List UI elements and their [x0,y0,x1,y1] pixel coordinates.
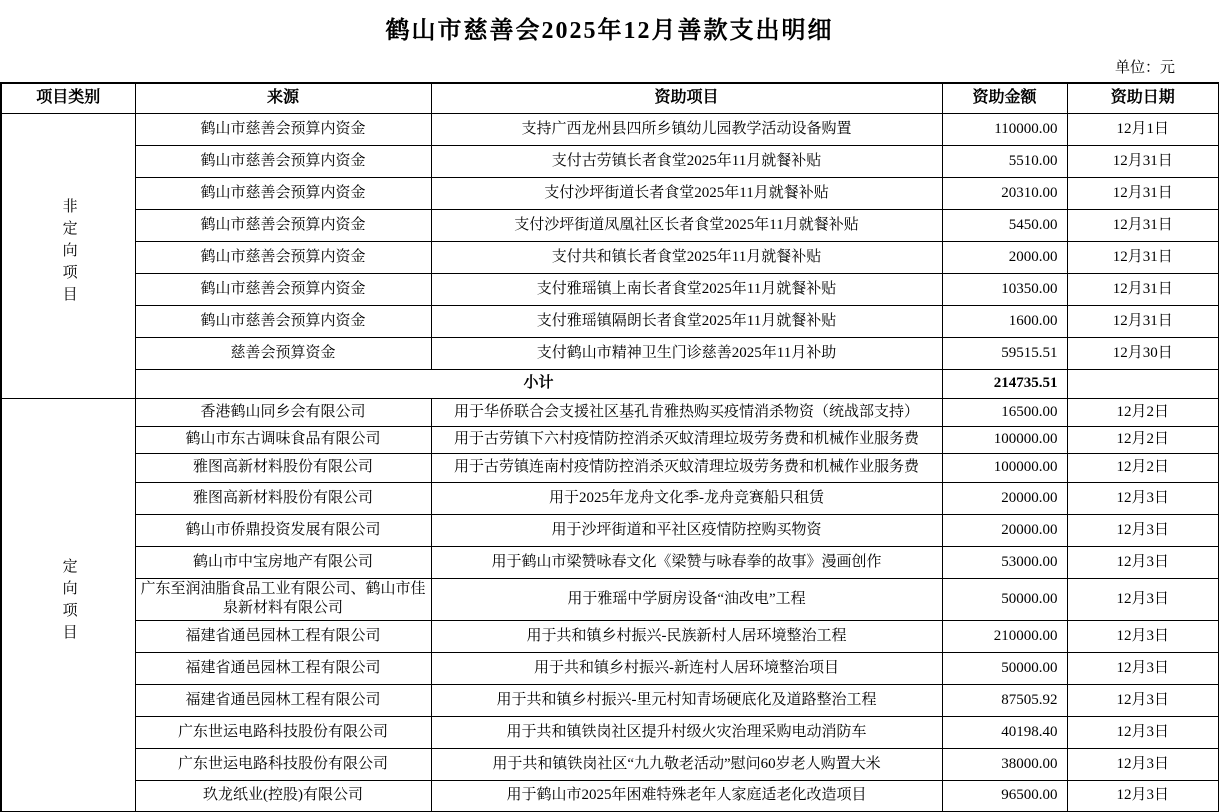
project-cell: 用于鹤山市2025年困难特殊老年人家庭适老化改造项目 [431,780,942,812]
project-cell: 用于共和镇乡村振兴-民族新村人居环境整治工程 [431,620,942,652]
table-row: 广东世运电路科技股份有限公司 用于共和镇铁岗社区“九九敬老活动”慰问60岁老人购… [1,748,1219,780]
date-cell: 12月3日 [1067,780,1219,812]
amount-cell: 5510.00 [942,145,1067,177]
amount-cell: 20000.00 [942,482,1067,514]
source-cell: 鹤山市慈善会预算内资金 [135,145,431,177]
page-title: 鹤山市慈善会2025年12月善款支出明细 [0,10,1219,45]
table-row: 鹤山市慈善会预算内资金 支付古劳镇长者食堂2025年11月就餐补贴 5510.0… [1,145,1219,177]
amount-cell: 87505.92 [942,684,1067,716]
date-cell: 12月3日 [1067,748,1219,780]
amount-cell: 2000.00 [942,241,1067,273]
header-project: 资助项目 [431,83,942,113]
amount-cell: 53000.00 [942,546,1067,578]
date-cell: 12月3日 [1067,482,1219,514]
table-row: 鹤山市东古调味食品有限公司 用于古劳镇下六村疫情防控消杀灭蚊清理垃圾劳务费和机械… [1,426,1219,453]
document-page: 鹤山市慈善会2025年12月善款支出明细 单位：元 项目类别 来源 资助项目 资… [0,0,1219,812]
table-row: 雅图高新材料股份有限公司 用于2025年龙舟文化季-龙舟竞赛船只租赁 20000… [1,482,1219,514]
source-cell: 福建省通邑园林工程有限公司 [135,684,431,716]
amount-cell: 40198.40 [942,716,1067,748]
unit-label: 单位：元 [1115,56,1175,77]
table-row: 福建省通邑园林工程有限公司 用于共和镇乡村振兴-民族新村人居环境整治工程 210… [1,620,1219,652]
table-row: 定向项目 香港鹤山同乡会有限公司 用于华侨联合会支援社区基孔肯雅热购买疫情消杀物… [1,398,1219,426]
date-cell: 12月31日 [1067,145,1219,177]
expenditure-table: 项目类别 来源 资助项目 资助金额 资助日期 非定向项目 鹤山市慈善会预算内资金… [0,82,1219,812]
table-row: 广东至润油脂食品工业有限公司、鹤山市佳泉新材料有限公司 用于雅瑶中学厨房设备“油… [1,578,1219,620]
header-row: 项目类别 来源 资助项目 资助金额 资助日期 [1,83,1219,113]
source-cell: 雅图高新材料股份有限公司 [135,482,431,514]
source-cell: 广东至润油脂食品工业有限公司、鹤山市佳泉新材料有限公司 [135,578,431,620]
amount-cell: 100000.00 [942,453,1067,482]
source-cell: 鹤山市侨鼎投资发展有限公司 [135,514,431,546]
project-cell: 用于雅瑶中学厨房设备“油改电”工程 [431,578,942,620]
amount-cell: 59515.51 [942,337,1067,369]
amount-cell: 100000.00 [942,426,1067,453]
subtotal-label-cell: 小计 [135,369,942,398]
project-cell: 支持广西龙州县四所乡镇幼儿园教学活动设备购置 [431,113,942,145]
date-cell: 12月30日 [1067,337,1219,369]
amount-cell: 96500.00 [942,780,1067,812]
table-row: 鹤山市中宝房地产有限公司 用于鹤山市梁赞咏春文化《梁赞与咏春拳的故事》漫画创作 … [1,546,1219,578]
table-row: 鹤山市慈善会预算内资金 支付沙坪街道长者食堂2025年11月就餐补贴 20310… [1,177,1219,209]
date-cell: 12月3日 [1067,652,1219,684]
date-cell: 12月31日 [1067,273,1219,305]
date-cell: 12月3日 [1067,546,1219,578]
project-cell: 用于古劳镇下六村疫情防控消杀灭蚊清理垃圾劳务费和机械作业服务费 [431,426,942,453]
source-cell: 福建省通邑园林工程有限公司 [135,652,431,684]
source-cell: 香港鹤山同乡会有限公司 [135,398,431,426]
date-cell: 12月2日 [1067,453,1219,482]
date-cell: 12月3日 [1067,620,1219,652]
project-cell: 用于古劳镇连南村疫情防控消杀灭蚊清理垃圾劳务费和机械作业服务费 [431,453,942,482]
project-cell: 用于共和镇铁岗社区“九九敬老活动”慰问60岁老人购置大米 [431,748,942,780]
project-cell: 用于华侨联合会支援社区基孔肯雅热购买疫情消杀物资（统战部支持） [431,398,942,426]
project-cell: 用于沙坪街道和平社区疫情防控购买物资 [431,514,942,546]
table-row: 鹤山市慈善会预算内资金 支付雅瑶镇上南长者食堂2025年11月就餐补贴 1035… [1,273,1219,305]
table-row: 雅图高新材料股份有限公司 用于古劳镇连南村疫情防控消杀灭蚊清理垃圾劳务费和机械作… [1,453,1219,482]
amount-cell: 210000.00 [942,620,1067,652]
date-cell: 12月31日 [1067,305,1219,337]
header-source: 来源 [135,83,431,113]
date-cell: 12月3日 [1067,684,1219,716]
source-cell: 鹤山市慈善会预算内资金 [135,305,431,337]
date-cell: 12月1日 [1067,113,1219,145]
date-cell: 12月31日 [1067,209,1219,241]
table-row: 鹤山市慈善会预算内资金 支付雅瑶镇隔朗长者食堂2025年11月就餐补贴 1600… [1,305,1219,337]
table-row: 非定向项目 鹤山市慈善会预算内资金 支持广西龙州县四所乡镇幼儿园教学活动设备购置… [1,113,1219,145]
amount-cell: 20000.00 [942,514,1067,546]
source-cell: 广东世运电路科技股份有限公司 [135,748,431,780]
source-cell: 福建省通邑园林工程有限公司 [135,620,431,652]
date-cell: 12月3日 [1067,578,1219,620]
project-cell: 支付共和镇长者食堂2025年11月就餐补贴 [431,241,942,273]
subtotal-row: 小计 214735.51 [1,369,1219,398]
table-row: 鹤山市侨鼎投资发展有限公司 用于沙坪街道和平社区疫情防控购买物资 20000.0… [1,514,1219,546]
header-amount: 资助金额 [942,83,1067,113]
project-cell: 支付鹤山市精神卫生门诊慈善2025年11月补助 [431,337,942,369]
amount-cell: 10350.00 [942,273,1067,305]
project-cell: 用于共和镇铁岗社区提升村级火灾治理采购电动消防车 [431,716,942,748]
project-cell: 用于共和镇乡村振兴-新连村人居环境整治项目 [431,652,942,684]
header-category: 项目类别 [1,83,135,113]
amount-cell: 38000.00 [942,748,1067,780]
header-date: 资助日期 [1067,83,1219,113]
table-row: 玖龙纸业(控股)有限公司 用于鹤山市2025年困难特殊老年人家庭适老化改造项目 … [1,780,1219,812]
table-row: 广东世运电路科技股份有限公司 用于共和镇铁岗社区提升村级火灾治理采购电动消防车 … [1,716,1219,748]
project-cell: 支付雅瑶镇上南长者食堂2025年11月就餐补贴 [431,273,942,305]
date-cell: 12月2日 [1067,398,1219,426]
date-cell: 12月2日 [1067,426,1219,453]
table-row: 鹤山市慈善会预算内资金 支付共和镇长者食堂2025年11月就餐补贴 2000.0… [1,241,1219,273]
amount-cell: 5450.00 [942,209,1067,241]
table-row: 慈善会预算资金 支付鹤山市精神卫生门诊慈善2025年11月补助 59515.51… [1,337,1219,369]
source-cell: 广东世运电路科技股份有限公司 [135,716,431,748]
table-row: 鹤山市慈善会预算内资金 支付沙坪街道凤凰社区长者食堂2025年11月就餐补贴 5… [1,209,1219,241]
project-cell: 用于2025年龙舟文化季-龙舟竞赛船只租赁 [431,482,942,514]
date-cell: 12月3日 [1067,716,1219,748]
subtotal-date-cell [1067,369,1219,398]
project-cell: 用于鹤山市梁赞咏春文化《梁赞与咏春拳的故事》漫画创作 [431,546,942,578]
category-label: 非定向项目 [59,198,78,308]
date-cell: 12月31日 [1067,241,1219,273]
amount-cell: 20310.00 [942,177,1067,209]
source-cell: 鹤山市慈善会预算内资金 [135,113,431,145]
source-cell: 鹤山市慈善会预算内资金 [135,209,431,241]
source-cell: 鹤山市慈善会预算内资金 [135,177,431,209]
date-cell: 12月31日 [1067,177,1219,209]
date-cell: 12月3日 [1067,514,1219,546]
project-cell: 支付古劳镇长者食堂2025年11月就餐补贴 [431,145,942,177]
amount-cell: 50000.00 [942,652,1067,684]
category-cell-nondirected: 非定向项目 [1,113,135,398]
category-cell-directed: 定向项目 [1,398,135,812]
amount-cell: 50000.00 [942,578,1067,620]
source-cell: 玖龙纸业(控股)有限公司 [135,780,431,812]
project-cell: 支付沙坪街道长者食堂2025年11月就餐补贴 [431,177,942,209]
source-cell: 鹤山市慈善会预算内资金 [135,273,431,305]
project-cell: 支付沙坪街道凤凰社区长者食堂2025年11月就餐补贴 [431,209,942,241]
subtotal-amount-cell: 214735.51 [942,369,1067,398]
source-cell: 鹤山市中宝房地产有限公司 [135,546,431,578]
source-cell: 雅图高新材料股份有限公司 [135,453,431,482]
source-cell: 鹤山市慈善会预算内资金 [135,241,431,273]
amount-cell: 110000.00 [942,113,1067,145]
amount-cell: 1600.00 [942,305,1067,337]
source-cell: 鹤山市东古调味食品有限公司 [135,426,431,453]
project-cell: 支付雅瑶镇隔朗长者食堂2025年11月就餐补贴 [431,305,942,337]
table-row: 福建省通邑园林工程有限公司 用于共和镇乡村振兴-新连村人居环境整治项目 5000… [1,652,1219,684]
amount-cell: 16500.00 [942,398,1067,426]
category-label: 定向项目 [59,558,78,646]
source-cell: 慈善会预算资金 [135,337,431,369]
project-cell: 用于共和镇乡村振兴-里元村知青场硬底化及道路整治工程 [431,684,942,716]
table-row: 福建省通邑园林工程有限公司 用于共和镇乡村振兴-里元村知青场硬底化及道路整治工程… [1,684,1219,716]
